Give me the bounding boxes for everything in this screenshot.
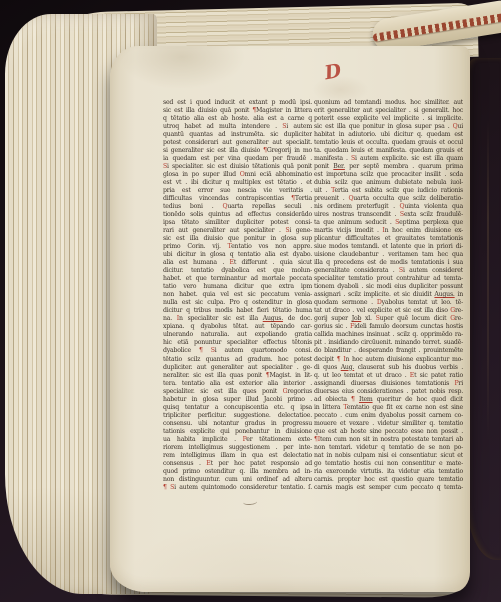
text-line: quisq tentatur a concupiscentia etc. q i… bbox=[163, 404, 312, 412]
text-line: pria est error sue nescia vie veritatis … bbox=[163, 187, 312, 195]
text-line: pit . insidiando circūuenit. minando ter… bbox=[314, 339, 463, 347]
text-line: tētatio scilz quantus ad gradum. hoc pot… bbox=[163, 356, 312, 364]
text-line: q tētatio alia est ab hoste. alia est a … bbox=[163, 115, 312, 123]
text-line: sed est i quod inducit et extant p modū … bbox=[163, 99, 312, 107]
text-line: habitat in adiutorio. ubi dicitur q. que… bbox=[314, 131, 463, 139]
text-line: quonium ad temtandi modus. hoc similiter… bbox=[314, 99, 463, 107]
text-line: carnis. propter hoc est questio quare te… bbox=[314, 476, 463, 484]
text-line: nis ordinem preterfugit . Quinta violent… bbox=[314, 203, 463, 211]
text-line: na. In specialiter sic est illa Augus. d… bbox=[163, 315, 312, 323]
text-line: quantū quantas ad instrumēta. sic duplic… bbox=[163, 131, 312, 139]
text-line: est importuna scilz que procaciter insil… bbox=[314, 171, 463, 179]
photo-background: D sed est i quod inducit et extant p mod… bbox=[0, 0, 501, 602]
text-line: diuersas eius considerationes . patet no… bbox=[314, 388, 463, 396]
text-line: non habet. quia vel est sic peccatum ven… bbox=[163, 291, 312, 299]
text-line: nulla est sic culpa. Pro q ostenditur in… bbox=[163, 299, 312, 307]
text-line: martis vicijs imedit . In hoc enim diuis… bbox=[314, 227, 463, 235]
text-line: consensu. ubi notantur gradus in progres… bbox=[163, 420, 312, 428]
text-line: specialiter temtatio prout contrahitur a… bbox=[314, 275, 463, 283]
text-line: tionem dyaboli . sic modi eius duplicite… bbox=[314, 283, 463, 291]
text-line: ulnerando naturalia. aut expoliando grat… bbox=[163, 331, 312, 339]
text-line: sic est illa que ponitur in glosa super … bbox=[314, 123, 463, 131]
text-line: quod primo ostenditur q. illa membra ad … bbox=[163, 468, 312, 476]
folio-mark: D bbox=[318, 56, 348, 88]
text-line: preuenit . Quarta occulta que scilz deli… bbox=[314, 195, 463, 203]
text-line: dupliciter. aut generaliter aut speciali… bbox=[163, 364, 312, 372]
text-line: mouere et vexare . videtur similiter q. … bbox=[314, 420, 463, 428]
text-line: siue modos temtandi. et latente que in p… bbox=[314, 243, 463, 251]
text-line: dicitur q tribus modis habet fieri tētat… bbox=[163, 307, 312, 315]
text-line: primo Corin. vij. Tentatio vos non appre… bbox=[163, 243, 312, 251]
text-line: hic etiā ponuntur specialiter effectus t… bbox=[163, 339, 312, 347]
text-line: Si specialiter. sic est diuisio tētation… bbox=[163, 163, 312, 171]
text-line: go temtatio hostis cui non consentitur e… bbox=[314, 460, 463, 468]
text-line: consensus . Et per hoc patet responsio a… bbox=[163, 460, 312, 468]
text-line: ponit Ber. per septē membra . quarum pri… bbox=[314, 163, 463, 171]
text-line: q. ut leo temtat et ut draco . Et sic pa… bbox=[314, 372, 463, 380]
text-line: dyabolice ¶ Si autem quartomodo consi. bbox=[163, 347, 312, 355]
text-line: poterit esse explicite vel implicite . s… bbox=[314, 115, 463, 123]
text-line: ria exercende virtutis. ita videtur etia… bbox=[314, 468, 463, 476]
text-line: habetur in glosa super illud Jacobi prim… bbox=[163, 396, 312, 404]
text-line: dicitur. tentatio dyabolica est que molu… bbox=[163, 267, 312, 275]
text-line: peccato . cum enim dyabolus possit carne… bbox=[314, 412, 463, 420]
text-line: non temtari. videtur q temtatio de se no… bbox=[314, 444, 463, 452]
text-line: erit generaliter aut specialiter . si ge… bbox=[314, 107, 463, 115]
text-line: quodam sermone . Dyabolus temtat ut leo.… bbox=[314, 299, 463, 307]
text-line: xpiana. q dyabolus tētat. aut tēpando ca… bbox=[163, 323, 312, 331]
text-line: di quos Aug. clauserat sub his duobus ve… bbox=[314, 364, 463, 372]
text-line: ipsa tētato similiter dupliciter potest … bbox=[163, 219, 312, 227]
next-page-crease bbox=[487, 120, 489, 440]
text-line: riorem intelligimus suggestionem . per i… bbox=[163, 444, 312, 452]
text-line: neraliter. sic est illa quas ponit ¶Magi… bbox=[163, 372, 312, 380]
text-line: uit . Tertia est subita scilz que iudici… bbox=[314, 187, 463, 195]
text-line: manifesta . Si autem explicite. sic est … bbox=[314, 155, 463, 163]
text-line: carnis magis est semper cum peccato q te… bbox=[314, 484, 463, 492]
text-line: non distinguuntur. cum uni ordinef ad al… bbox=[163, 476, 312, 484]
text-line: sic est illa diuisio quā ponit ¶Magister… bbox=[163, 107, 312, 115]
text-line: sic est illa diuisio que ponitur in glos… bbox=[163, 235, 312, 243]
text-line: ua habita implicite . Per tētationem ext… bbox=[163, 436, 312, 444]
text-line: gorius sic . Fideli famulo deorsum cunct… bbox=[314, 323, 463, 331]
text-line: tedius boni . Quarta repellas seculi . bbox=[163, 203, 312, 211]
text-line: tripliciter perficitur. suggestione. del… bbox=[163, 412, 312, 420]
text-line: difficultas vincendas contrapiscentias ¶… bbox=[163, 195, 312, 203]
text-line: tat ut draco . vel explicite et sic est … bbox=[314, 307, 463, 315]
text-line: rem intelligimus illam in qua est delect… bbox=[163, 452, 312, 460]
text-line: tera. tentatio alia est exterior alia in… bbox=[163, 380, 312, 388]
text-line: specialiter. sic est illa ques ponit Gre… bbox=[163, 388, 312, 396]
text-line: assignari . scilz implicite. et sic diui… bbox=[314, 291, 463, 299]
next-page-fore-edge bbox=[466, 58, 501, 560]
text-line: utroq habet ad multa intendere . Si aute… bbox=[163, 123, 312, 131]
text-line: decipit ¶ In hoc autem diuisione explica… bbox=[314, 356, 463, 364]
text-line: que est ab hoste sine peccato esse non p… bbox=[314, 428, 463, 436]
text-line: assignandi diuersas diuisiones temtation… bbox=[314, 380, 463, 388]
text-line: callida machines insinuat . scilz q. opp… bbox=[314, 331, 463, 339]
text-line: plicantur difficultates et grauitates te… bbox=[314, 235, 463, 243]
text-line: do blanditur . desperando frangit . prou… bbox=[314, 347, 463, 355]
text-line: tatio vero humana dicitur que extra ipm bbox=[163, 283, 312, 291]
text-line: ia quedam est per vina quedam per fraudē… bbox=[163, 155, 312, 163]
text-line: alia est humana . Et differunt . quia si… bbox=[163, 259, 312, 267]
text-line: in littera Temtatio que fit ex carne non… bbox=[314, 404, 463, 412]
text-line: habet. et que terminantur ad mortale pec… bbox=[163, 275, 312, 283]
text-line: nat in nobis culpam nisi ei consentiatur… bbox=[314, 452, 463, 460]
text-line: si generaliter sic est illa diuisio ¶Gre… bbox=[163, 147, 312, 155]
text-line: tionēdo solis quintus ad effectus consid… bbox=[163, 211, 312, 219]
text-line: rari aut generaliter aut specialiter . S… bbox=[163, 227, 312, 235]
text-line: uisione claudebantur . veritamen tam hec… bbox=[314, 251, 463, 259]
text-column-right: quonium ad temtandi modus. hoc similiter… bbox=[314, 99, 463, 493]
text-line: ¶Item cum non sit in nostra potestate te… bbox=[314, 436, 463, 444]
text-line: gorij super Job xl. Super quē locum dici… bbox=[314, 315, 463, 323]
text-line: temtatio leuis et occulta. quedam grauis… bbox=[314, 139, 463, 147]
text-line: est vt . ibi dicitur q multiplex est tēt… bbox=[163, 179, 312, 187]
text-line: uires nostras transcendit . Sexta scilz … bbox=[314, 211, 463, 219]
text-line: illa q precedens est de modis temtationi… bbox=[314, 259, 463, 267]
text-line: generalitate considerata . Si autem cons… bbox=[314, 267, 463, 275]
text-column-left: sed est i quod inducit et extant p modū … bbox=[163, 99, 312, 493]
text-line: ta. quedam leuis et manifesta. quedam gr… bbox=[314, 147, 463, 155]
text-line: potest considerari aut generaliter aut s… bbox=[163, 139, 312, 147]
text-line: ¶ Si autem quintomodo consideretur tenta… bbox=[163, 484, 312, 492]
text-line: ubi dicitur in glosa q tentatio alia est… bbox=[163, 251, 312, 259]
text-line: ta que animum seducit . Septima perplexa… bbox=[314, 219, 463, 227]
text-line: dubia scilz que animum dubietate nebula … bbox=[314, 179, 463, 187]
text-line: glosa in po super illud Omni eciā abhomi… bbox=[163, 171, 312, 179]
text-line: tationis explicite qui ponebantur in diu… bbox=[163, 428, 312, 436]
text-line: ad obiecta ¶ Item queritur de hoc quod d… bbox=[314, 396, 463, 404]
